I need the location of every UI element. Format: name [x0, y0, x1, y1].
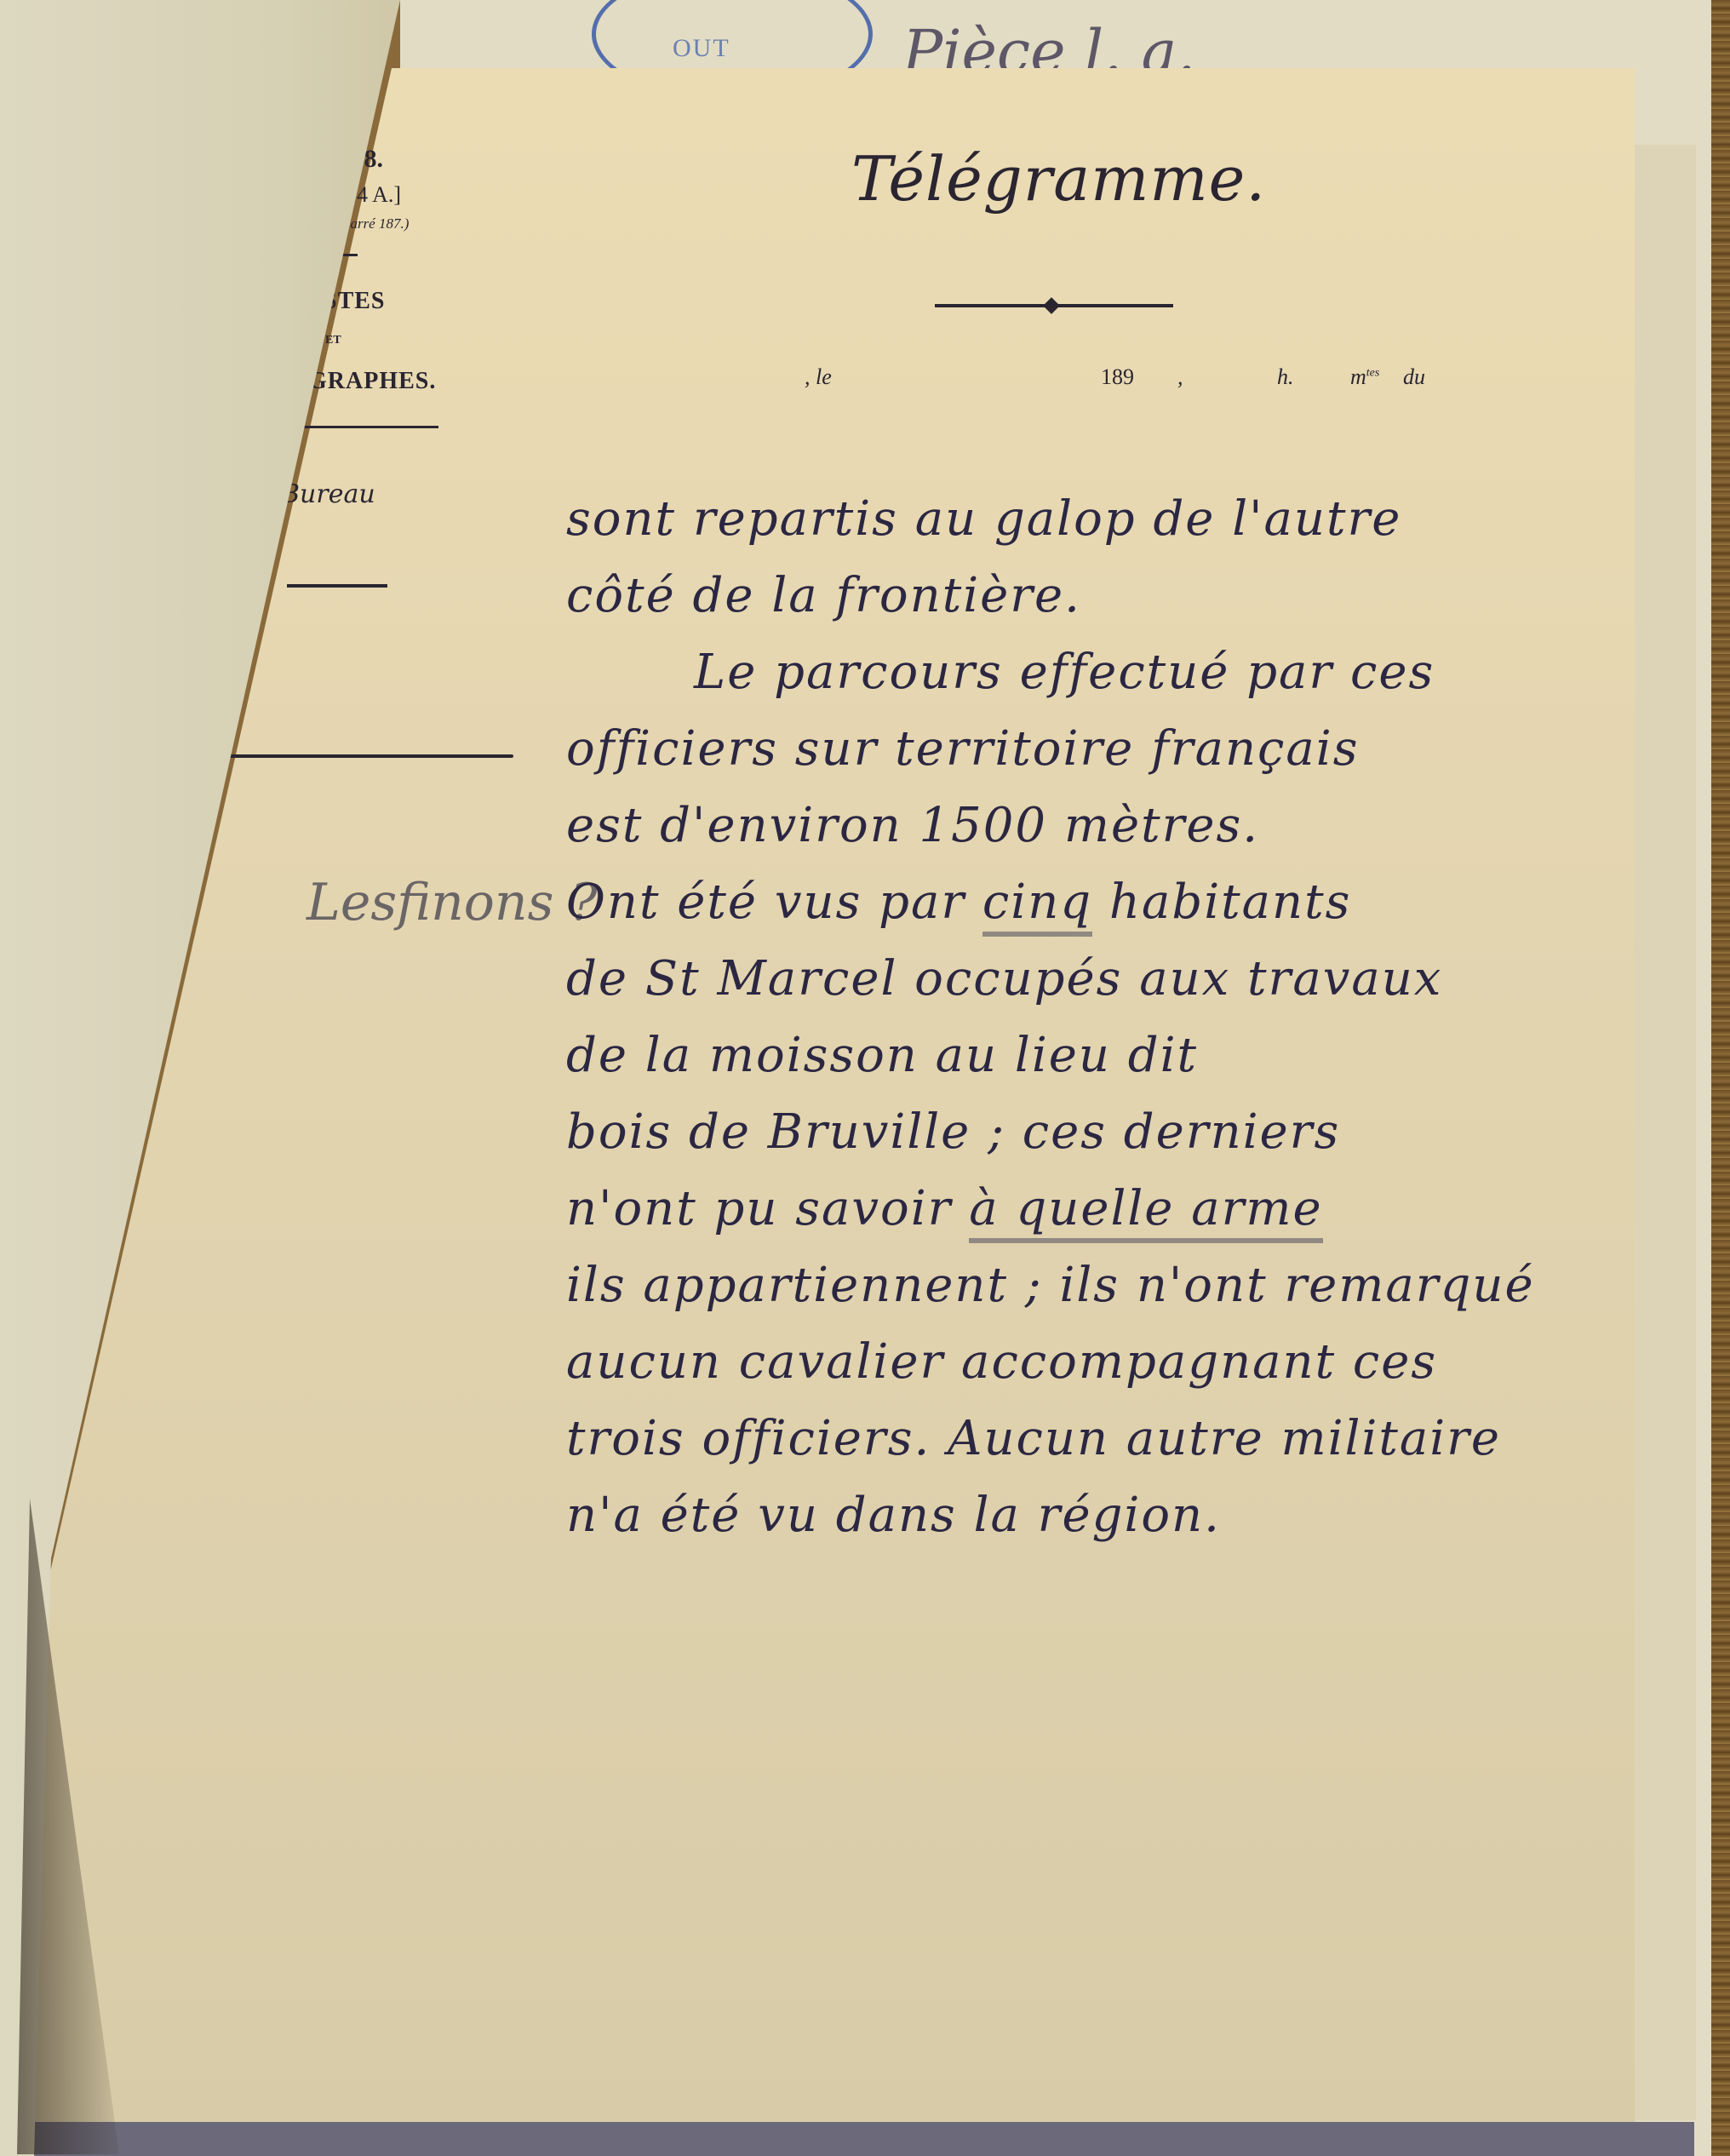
telegram-body: sont repartis au galop de l'autre côté d…: [566, 481, 1630, 1554]
body-line-indented: Le parcours effectué par ces: [566, 634, 1630, 711]
body-line: n'ont pu savoir à quelle arme: [566, 1171, 1630, 1247]
dateline-minutes-m: m: [1350, 364, 1366, 389]
dateline-comma: ,: [1177, 364, 1183, 390]
body-line: de St Marcel occupés aux travaux: [566, 941, 1630, 1018]
header-bottom-rule: [220, 754, 513, 758]
dateline-year: 189: [1101, 364, 1134, 390]
body-line: de la moisson au lieu dit: [566, 1018, 1630, 1094]
body-line: aucun cavalier accompagnant ces: [566, 1324, 1630, 1401]
underlined-word-cinq: cinq: [982, 874, 1092, 937]
telegram-title: Télégramme.: [851, 143, 1266, 215]
body-line: officiers sur territoire français: [566, 711, 1630, 788]
body-line: sont repartis au galop de l'autre: [566, 481, 1630, 558]
dateline-le: , le: [805, 364, 832, 390]
pencil-margin-note: Lesfinons ?: [306, 873, 598, 932]
dept-telegraphes: GRAPHES.: [308, 368, 436, 395]
body-line: côté de la frontière.: [566, 558, 1630, 634]
header-ornament-divider: [294, 426, 438, 428]
body-line: trois officiers. Aucun autre militaire: [566, 1401, 1630, 1477]
body-line: est d'environ 1500 mètres.: [566, 788, 1630, 864]
dateline-hour: h.: [1277, 364, 1294, 390]
body-line-text: Ont été vus par: [566, 874, 982, 930]
dateline-minutes: mtes: [1350, 364, 1379, 390]
bureau-blank-line: [287, 584, 387, 588]
page-bottom-shadow: [0, 2122, 1694, 2156]
body-line: bois de Bruville ; ces derniers: [566, 1094, 1630, 1171]
dateline-minutes-sup: tes: [1366, 366, 1380, 379]
dateline-du: du: [1403, 364, 1425, 390]
body-line-text: n'ont pu savoir: [566, 1181, 969, 1236]
body-line: n'a été vu dans la région.: [566, 1477, 1630, 1554]
stamp-text: OUT: [673, 34, 730, 63]
dept-et: ET: [325, 334, 341, 347]
body-line: ils appartiennent ; ils n'ont remarqué: [566, 1247, 1630, 1324]
title-ornament-divider: [935, 304, 1173, 307]
body-line-text: habitants: [1092, 874, 1351, 930]
bureau-label: Bureau: [281, 479, 375, 509]
underlined-phrase-quelle-arme: à quelle arme: [969, 1181, 1322, 1243]
body-line: Ont été vus par cinq habitants: [566, 864, 1630, 941]
